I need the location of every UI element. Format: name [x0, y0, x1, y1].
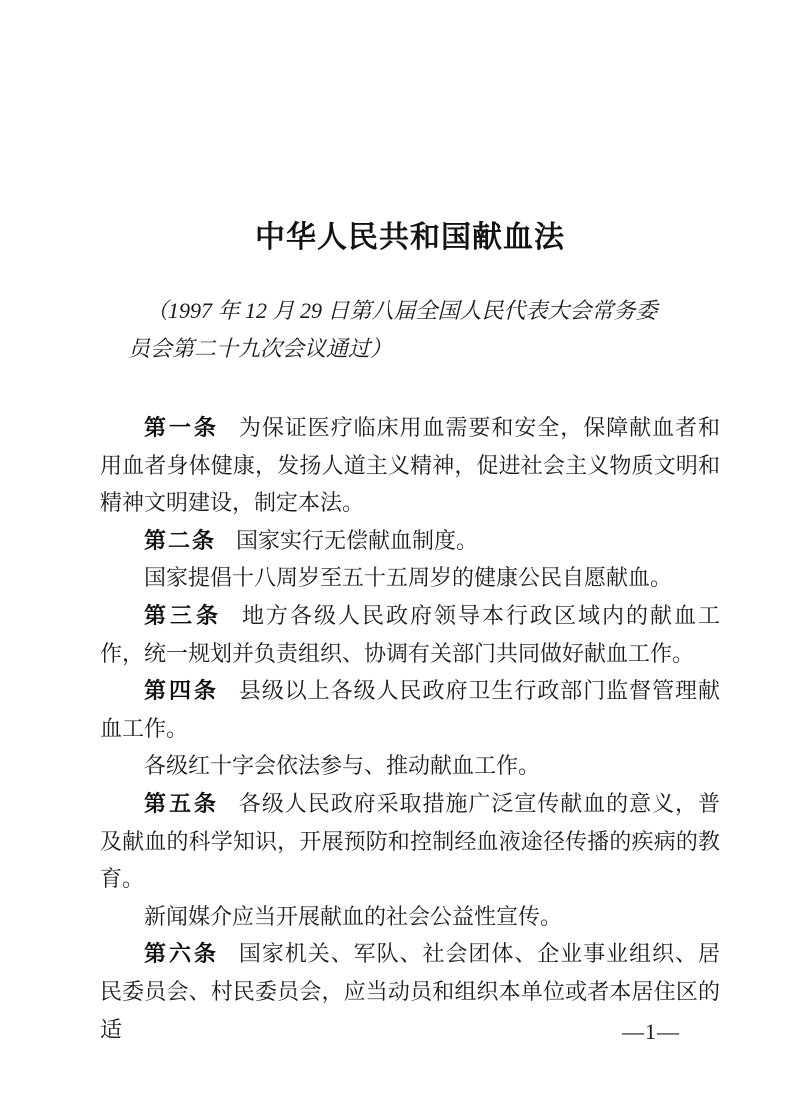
article-label: 第四条 [144, 678, 219, 703]
article-label: 第六条 [144, 941, 219, 966]
document-subtitle: （1997 年 12 月 29 日第八届全国人民代表大会常务委 员会第二十九次会… [128, 292, 688, 367]
article-paragraph: 国家提倡十八周岁至五十五周岁的健康公民自愿献血。 [100, 559, 720, 597]
article-label: 第二条 [144, 528, 216, 553]
document-body: 第一条为保证医疗临床用血需要和安全，保障献血者和用血者身体健康，发扬人道主义精神… [100, 409, 720, 1048]
article-paragraph: 第五条各级人民政府采取措施广泛宣传献血的意义，普及献血的科学知识，开展预防和控制… [100, 785, 720, 898]
page-number: —1— [622, 1019, 680, 1045]
article-label: 第三条 [144, 603, 222, 628]
article-text: 新闻媒介应当开展献血的社会公益性宣传。 [144, 904, 562, 929]
article-paragraph: 新闻媒介应当开展献血的社会公益性宣传。 [100, 898, 720, 936]
article-paragraph: 第一条为保证医疗临床用血需要和安全，保障献血者和用血者身体健康，发扬人道主义精神… [100, 409, 720, 522]
subtitle-line: 员会第二十九次会议通过） [128, 330, 688, 368]
document-title: 中华人民共和国献血法 [100, 212, 720, 256]
article-text: 国家实行无偿献血制度。 [236, 528, 478, 553]
document-page: 中华人民共和国献血法 （1997 年 12 月 29 日第八届全国人民代表大会常… [0, 0, 790, 1118]
article-label: 第一条 [144, 415, 219, 440]
article-paragraph: 第三条地方各级人民政府领导本行政区域内的献血工作，统一规划并负责组织、协调有关部… [100, 597, 720, 672]
article-paragraph: 各级红十字会依法参与、推动献血工作。 [100, 747, 720, 785]
article-text: 国家提倡十八周岁至五十五周岁的健康公民自愿献血。 [144, 565, 672, 590]
subtitle-line: （1997 年 12 月 29 日第八届全国人民代表大会常务委 [128, 292, 688, 330]
article-paragraph: 第二条国家实行无偿献血制度。 [100, 522, 720, 560]
article-label: 第五条 [144, 791, 219, 816]
article-paragraph: 第四条县级以上各级人民政府卫生行政部门监督管理献血工作。 [100, 672, 720, 747]
article-text: 各级红十字会依法参与、推动献血工作。 [144, 753, 540, 778]
